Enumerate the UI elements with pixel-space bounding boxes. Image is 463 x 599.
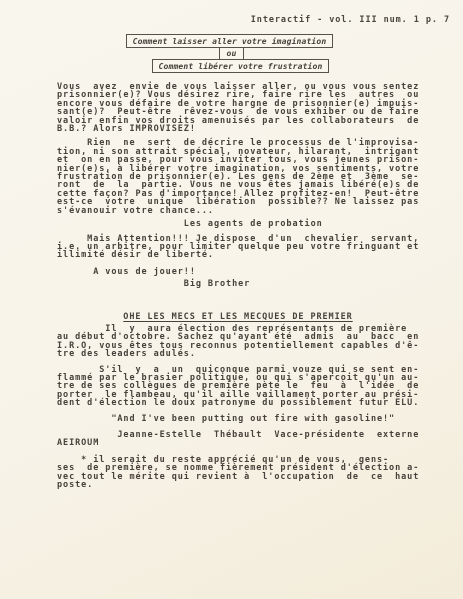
title-box-imagination: Comment laisser aller votre imagination <box>126 34 334 48</box>
quote-gasoline: "And I've been putting out fire with gas… <box>57 415 419 423</box>
paragraph-election-candidates: S'il y a un quiconque parmi vouze qui se… <box>57 366 419 408</box>
title-boxes: Comment laisser aller votre imagination … <box>0 34 463 73</box>
scanned-newsletter-page: Interactif - vol. III num. 1 p. 7 Commen… <box>0 0 463 599</box>
byline-agents-probation: Les agents de probation <box>57 220 419 228</box>
footnote-president-election: * il serait du reste apprécié qu'un de v… <box>57 456 419 490</box>
closing-call-to-play: A vous de jouer!! <box>57 268 419 276</box>
section-heading-elections: OHE LES MECS ET LES MECQUES DE PREMIER <box>57 313 419 321</box>
signature-big-brother: Big Brother <box>57 280 419 288</box>
title-box-frustration: Comment libérer votre frustration <box>152 59 330 73</box>
text-column: Vous avez envie de vous laisser aller, o… <box>57 83 419 489</box>
signature-vice-president: Jeanne-Estelle Thébault Vace-présidente … <box>57 431 419 448</box>
paragraph-improvisation: Rien ne sert de décrire le processus de … <box>57 139 419 215</box>
issue-header: Interactif - vol. III num. 1 p. 7 <box>0 15 450 25</box>
paragraph-attention: Mais Attention!!! Je dispose d'un cheval… <box>57 235 419 260</box>
paragraph-intro: Vous avez envie de vous laisser aller, o… <box>57 83 419 133</box>
paragraph-election-announcement: Il y aura élection des représentants de … <box>57 325 419 359</box>
